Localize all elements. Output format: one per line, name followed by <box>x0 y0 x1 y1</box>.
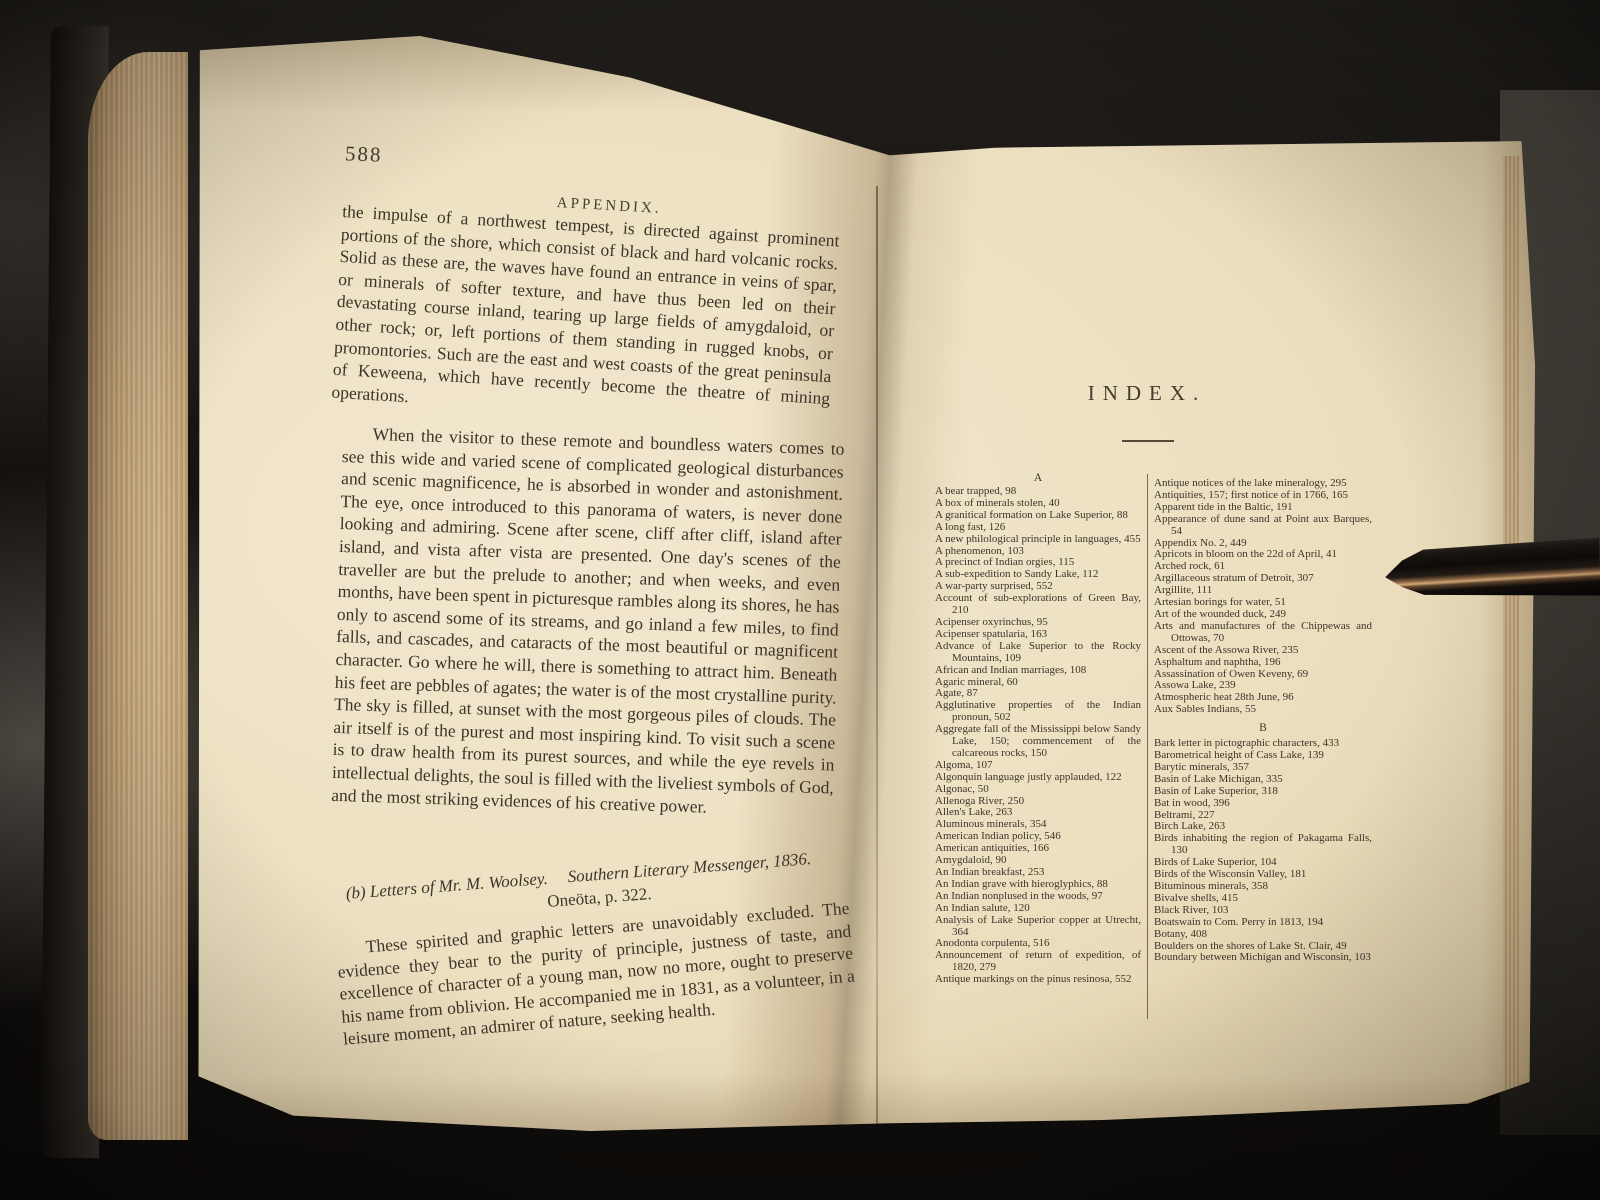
index-column-right: Antique notices of the lake mineralogy, … <box>1154 472 1372 1019</box>
index-entries-a-right: Antique notices of the lake mineralogy, … <box>1154 478 1372 716</box>
index-entry: Botany, 408 <box>1154 929 1372 941</box>
index-entry: Basin of Lake Michigan, 335 <box>1154 774 1372 786</box>
index-entry: An Indian nonplused in the woods, 97 <box>935 891 1141 903</box>
index-entry: Analysis of Lake Superior copper at Utre… <box>935 915 1141 939</box>
index-column-divider <box>1147 474 1148 1019</box>
open-book-pages: 588 APPENDIX. the impulse of a northwest… <box>185 36 1535 1131</box>
index-heading-rule <box>1122 440 1174 442</box>
index-entry: Arts and manufactures of the Chippewas a… <box>1154 621 1372 645</box>
index-entry: Algoma, 107 <box>935 760 1141 772</box>
index-entry: Basin of Lake Superior, 318 <box>1154 786 1372 798</box>
index-heading: INDEX. <box>947 381 1347 406</box>
index-entry: Asphaltum and naphtha, 196 <box>1154 657 1372 669</box>
index-entry: Antique markings on the pinus resinosa, … <box>935 974 1141 986</box>
index-section-a-label: A <box>935 472 1141 484</box>
index-columns: A A bear trapped, 98A box of minerals st… <box>935 472 1377 1019</box>
index-entry: Aux Sables Indians, 55 <box>1154 704 1372 716</box>
index-entry: Boundary between Michigan and Wisconsin,… <box>1154 952 1372 964</box>
index-entry: Ascent of the Assowa River, 235 <box>1154 645 1372 657</box>
index-entry: Algonquin language justly applauded, 122 <box>935 772 1141 784</box>
index-entry: Advance of Lake Superior to the Rocky Mo… <box>935 641 1141 665</box>
index-entry: Birds inhabiting the region of Pakagama … <box>1154 833 1372 857</box>
index-entries-b-right: Bark letter in pictographic characters, … <box>1154 738 1372 964</box>
index-entry: Boatswain to Com. Perry in 1813, 194 <box>1154 917 1372 929</box>
index-entry: Acipenser spatularia, 163 <box>935 629 1141 641</box>
index-entry: Account of sub-explorations of Green Bay… <box>935 593 1141 617</box>
index-entry: Black River, 103 <box>1154 905 1372 917</box>
index-entry: Agglutinative properties of the Indian p… <box>935 700 1141 724</box>
index-entry: Algonac, 50 <box>935 784 1141 796</box>
index-entry: Appearance of dune sand at Point aux Bar… <box>1154 514 1372 538</box>
index-entry: Bat in wood, 396 <box>1154 798 1372 810</box>
index-entry: A long fast, 126 <box>935 522 1141 534</box>
index-entry: An Indian salute, 120 <box>935 903 1141 915</box>
index-entry: African and Indian marriages, 108 <box>935 665 1141 677</box>
index-entries-a-left: A bear trapped, 98A box of minerals stol… <box>935 486 1141 986</box>
index-entry: Announcement of return of expedition, of… <box>935 950 1141 974</box>
right-page: INDEX. A A bear trapped, 98A box of mine… <box>185 36 1535 1131</box>
index-section-b-label: B <box>1154 722 1372 734</box>
book-fore-edge-pages <box>88 52 188 1140</box>
index-entry: A new philological principle in language… <box>935 534 1141 546</box>
index-entry: Aggregate fall of the Mississippi below … <box>935 724 1141 760</box>
index-entry: Apparent tide in the Baltic, 191 <box>1154 502 1372 514</box>
index-entry: A granitical formation on Lake Superior,… <box>935 510 1141 522</box>
index-column-left: A A bear trapped, 98A box of minerals st… <box>935 472 1141 1019</box>
